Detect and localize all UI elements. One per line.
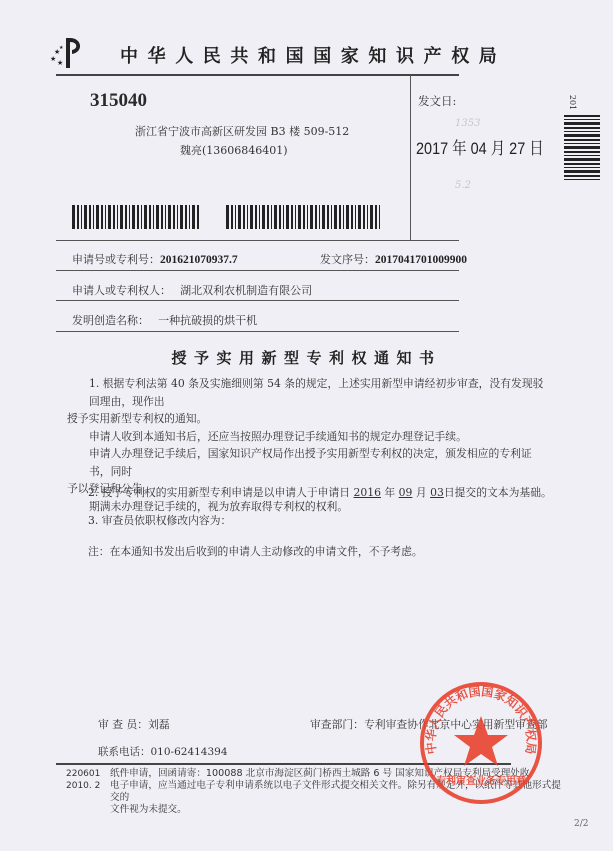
- item-2: 2. 授予专利权的实用新型专利申请是以申请人于申请日 2016 年 09 月 0…: [88, 484, 568, 502]
- applicant-label: 申请人或专利权人：: [72, 284, 171, 297]
- item-3: 3. 审查员依职权修改内容为：: [88, 512, 568, 530]
- handwritten-note: 1353: [455, 118, 480, 129]
- form-version: 2010. 2: [66, 781, 100, 791]
- note: 注：在本通知书发出后收到的申请人主动修改的申请文件，不予考虑。: [88, 543, 568, 561]
- invention-label: 发明创造名称：: [72, 314, 149, 327]
- svg-text:★: ★: [59, 45, 64, 51]
- table-rule: [56, 240, 459, 241]
- application-barcode: [72, 205, 199, 229]
- serial-barcode: [226, 205, 381, 229]
- doc-serial-row: 发文序号：2017041701009900: [320, 248, 467, 267]
- vertical-barcode: [564, 115, 600, 181]
- paragraph-1-cont: 授予实用新型专利权的通知。: [67, 410, 547, 428]
- phone-label: 联系电话：: [98, 746, 151, 758]
- official-seal-icon: 中华人民共和国国家知识产权局 专利审查业务专用章: [418, 680, 544, 806]
- examiner-label: 审 查 员：: [98, 718, 148, 731]
- phone-number: 010-62414394: [151, 746, 228, 758]
- department-label: 审查部门：: [310, 718, 364, 731]
- side-code: 201: [568, 95, 577, 110]
- cnipa-logo-icon: ★ ★ ★ ★: [48, 32, 88, 72]
- paragraph-2: 申请人收到本通知书后，还应当按照办理登记手续通知书的规定办理登记手续。: [67, 428, 547, 446]
- table-rule: [56, 331, 459, 332]
- recipient-address: 浙江省宁波市高新区研发园 B3 楼 509-512: [135, 123, 349, 139]
- doc-serial: 2017041701009900: [375, 254, 467, 266]
- agency-name: 中华人民共和国国家知识产权局: [120, 42, 506, 68]
- invention-name: 一种抗破损的烘干机: [158, 314, 257, 327]
- svg-text:★: ★: [57, 59, 63, 67]
- table-rule: [56, 300, 459, 301]
- phone-row: 联系电话：010-62414394: [98, 744, 228, 759]
- examiner-name: 刘磊: [148, 718, 170, 731]
- header-rule: [56, 74, 459, 76]
- filing-month: 09: [399, 486, 413, 499]
- issue-date: 2017 年 04 月 27 日: [416, 134, 544, 159]
- paragraph-3: 申请人办理登记手续后，国家知识产权局作出授予实用新型专利权的决定，颁发相应的专利…: [67, 445, 547, 480]
- svg-text:★: ★: [50, 55, 56, 63]
- page-number: 2/2: [574, 819, 588, 829]
- form-code: 220601: [66, 769, 100, 779]
- application-number: 201621070937.7: [160, 254, 238, 266]
- doc-serial-label: 发文序号：: [320, 253, 375, 266]
- paragraph-1: 1. 根据专利法第 40 条及实施细则第 54 条的规定，上述实用新型申请经初步…: [67, 375, 547, 410]
- notice-title: 授予实用新型专利权通知书: [0, 347, 613, 368]
- issue-date-label: 发文日:: [418, 93, 456, 109]
- filing-year: 2016: [354, 486, 381, 499]
- examiner-row: 审 查 员：刘磊: [98, 717, 170, 732]
- recipient-contact: 魏亮(13606846401): [180, 142, 288, 158]
- applicant-row: 申请人或专利权人： 湖北双利农机制造有限公司: [72, 279, 312, 298]
- applicant-name: 湖北双利农机制造有限公司: [180, 284, 312, 297]
- postcode: 315040: [90, 90, 147, 112]
- application-number-row: 申请号或专利号：201621070937.7: [72, 248, 238, 267]
- invention-row: 发明创造名称： 一种抗破损的烘干机: [72, 309, 257, 328]
- handwritten-note: 5.2: [455, 180, 471, 191]
- application-number-label: 申请号或专利号：: [72, 253, 160, 266]
- table-rule: [56, 270, 459, 271]
- issue-date-divider: [410, 75, 411, 240]
- filing-day: 03: [430, 486, 444, 499]
- svg-text:专利审查业务专用章: 专利审查业务专用章: [436, 774, 526, 787]
